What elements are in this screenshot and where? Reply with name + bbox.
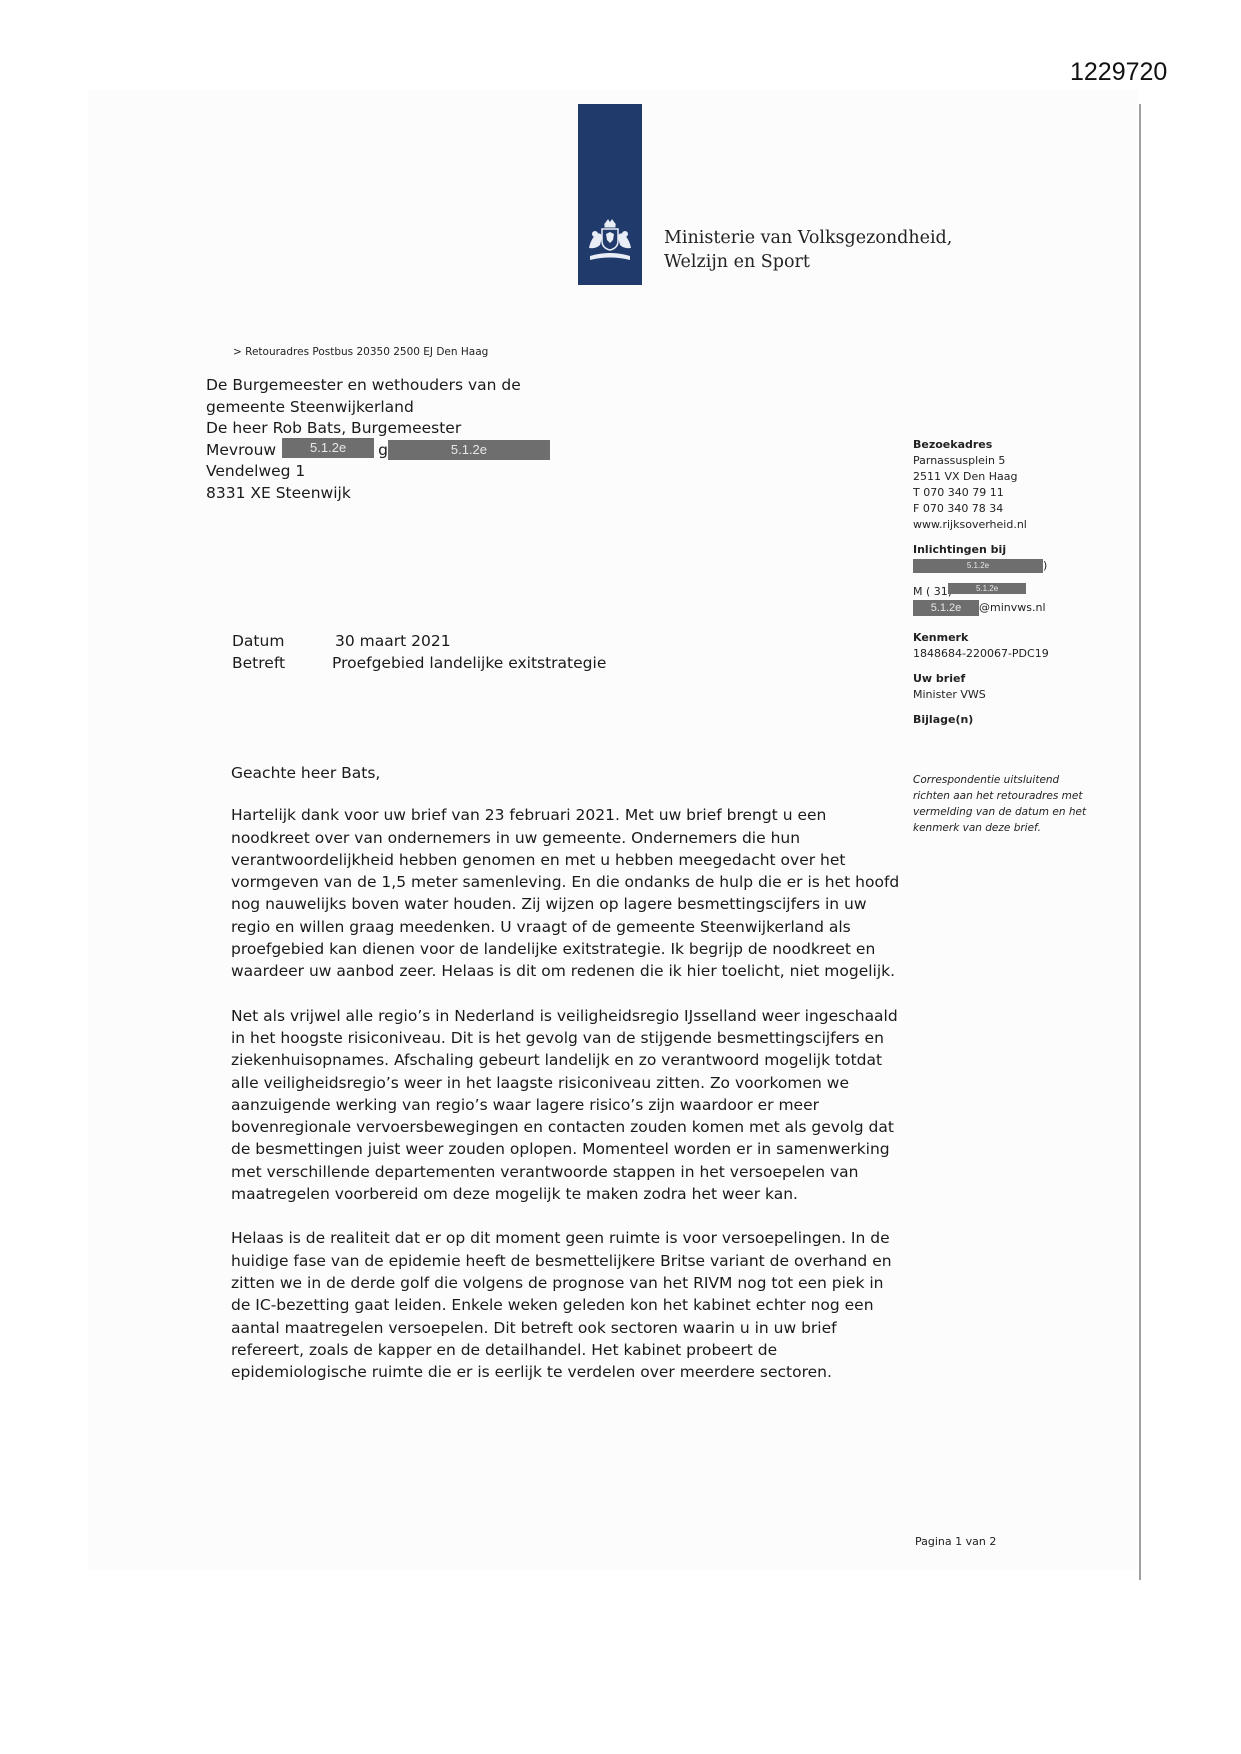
date-label: Datum [232,630,332,652]
recipient-line: De Burgemeester en wethouders van de [206,375,550,397]
paragraph: Hartelijk dank voor uw brief van 23 febr… [231,804,901,982]
salutation: Geachte heer Bats, [231,762,901,784]
letter-body: Geachte heer Bats, Hartelijk dank voor u… [231,762,901,1405]
subject-value: Proefgebied landelijke exitstrategie [332,652,606,674]
redaction-box: 5.1.2e [948,583,1026,594]
page-edge-line [1139,104,1141,1580]
ministry-name-line1: Ministerie van Volksgezondheid, [664,226,952,250]
mobile-prefix: M ( 31) [913,585,952,598]
redaction-box: 5.1.2e [913,600,979,616]
visit-street: Parnassusplein 5 [913,453,1113,469]
name-fragment: g [378,441,388,459]
recipient-line: 8331 XE Steenwijk [206,483,550,505]
info-contact-heading: Inlichtingen bij [913,542,1113,558]
ministry-name: Ministerie van Volksgezondheid, Welzijn … [664,226,952,274]
email-address: 5.1.2e@minvws.nl [913,600,1113,616]
reference-heading: Kenmerk [913,630,1113,646]
subject-label: Betreft [232,652,332,674]
sender-info-sidebar: Bezoekadres Parnassusplein 5 2511 VX Den… [913,437,1113,836]
document-id: 1229720 [1070,58,1167,87]
page-indicator: Pagina 1 van 2 [915,1535,996,1548]
recipient-salutation: Mevrouw [206,441,276,459]
redaction-box: 5.1.2e [282,438,374,458]
website-link[interactable]: www.rijksoverheid.nl [913,517,1113,533]
paragraph: Helaas is de realiteit dat er op dit mom… [231,1227,901,1383]
visit-address-heading: Bezoekadres [913,437,1113,453]
return-address: > Retouradres Postbus 20350 2500 EJ Den … [233,346,488,358]
correspondence-note: Correspondentie uitsluitend richten aan … [913,772,1088,836]
info-contact-name: 5.1.2e) [913,558,1113,574]
letter-meta: Datum 30 maart 2021 Betreft Proefgebied … [232,630,606,674]
ministry-logo-bar [578,104,642,285]
date-value: 30 maart 2021 [335,630,451,652]
attachments-heading: Bijlage(n) [913,712,1113,728]
fax-number: F 070 340 78 34 [913,501,1113,517]
recipient-line: gemeente Steenwijkerland [206,397,550,419]
email-domain: @minvws.nl [979,601,1046,614]
recipient-address: De Burgemeester en wethouders van de gem… [206,375,550,504]
ministry-name-line2: Welzijn en Sport [664,250,952,274]
visit-city: 2511 VX Den Haag [913,469,1113,485]
phone-number: T 070 340 79 11 [913,485,1113,501]
redaction-box: 5.1.2e [388,440,550,460]
your-letter-heading: Uw brief [913,671,1113,687]
coat-of-arms-icon [584,218,636,266]
recipient-line: Mevrouw5.1.2eg5.1.2e [206,440,550,462]
closing-paren: ) [1043,559,1047,572]
recipient-line: Vendelweg 1 [206,461,550,483]
recipient-line: De heer Rob Bats, Burgemeester [206,418,550,440]
paragraph: Net als vrijwel alle regio’s in Nederlan… [231,1005,901,1206]
your-letter-value: Minister VWS [913,687,1113,703]
redaction-box: 5.1.2e [913,559,1043,573]
reference-value: 1848684-220067-PDC19 [913,646,1113,662]
mobile-number: M ( 31)5.1.2e [913,584,1113,600]
